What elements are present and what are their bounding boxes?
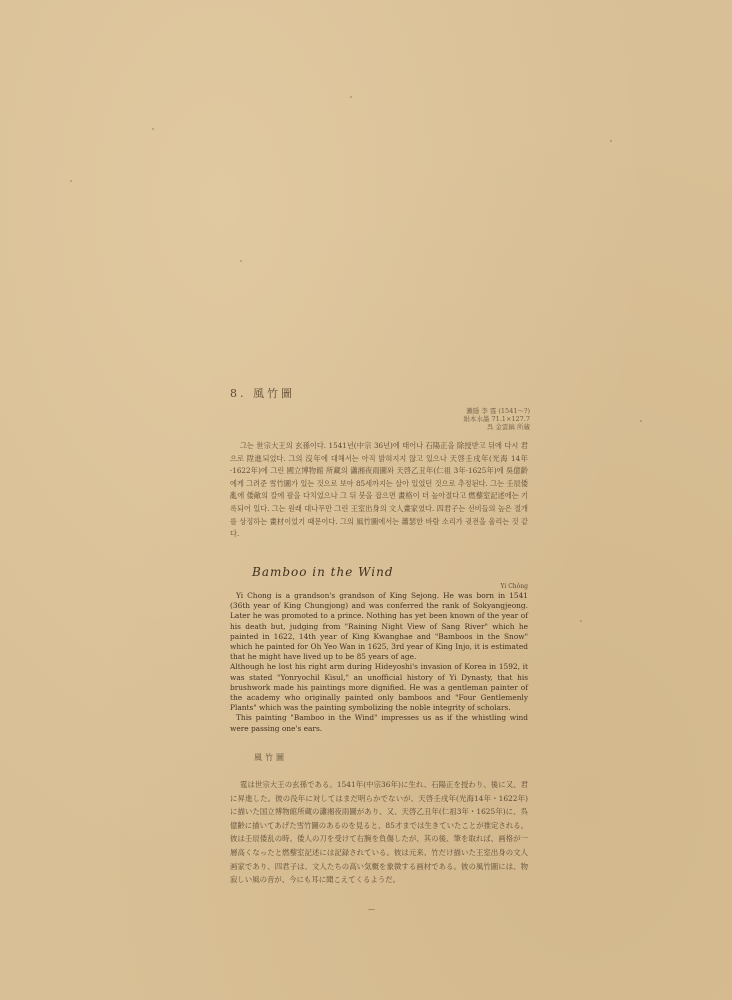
paper-speck (70, 180, 72, 182)
paper-speck (152, 128, 154, 130)
english-author: Yi Chŏng (501, 583, 528, 590)
entry-meta: 灘隱 李 霆 (1541～?) 絹本水墨 71.1×127.7 呉 金雲鎬 所蔵 (440, 407, 530, 431)
english-paragraph: Yi Chong is a grandson's grandson of Kin… (230, 591, 528, 662)
meta-collection: 呉 金雲鎬 所蔵 (440, 423, 530, 431)
paper-speck (640, 420, 642, 422)
paper-speck (580, 620, 582, 622)
page-mark: — (368, 905, 375, 913)
entry-title: 風竹圖 (253, 387, 295, 400)
japanese-title: 風竹圖 (254, 752, 287, 763)
english-paragraph: This painting "Bamboo in the Wind" impre… (230, 713, 528, 733)
korean-description: 그는 世宗大王의 玄孫이다. 1541년(中宗 36년)에 태어나 石陽正을 除… (230, 440, 528, 541)
paper-speck (610, 140, 612, 142)
english-title: Bamboo in the Wind (252, 565, 394, 579)
paper-speck (240, 260, 242, 262)
japanese-description: 霆は世宗大王の玄孫である。1541年(中宗36年)に生れ、石陽正を授わり、後に又… (230, 778, 528, 887)
meta-artist: 灘隱 李 霆 (1541～?) (440, 407, 530, 415)
entry-number: 8. (230, 387, 247, 400)
document-page: 8. 風竹圖 灘隱 李 霆 (1541～?) 絹本水墨 71.1×127.7 呉… (230, 385, 528, 401)
english-paragraph: Although he lost his right arm during Hi… (230, 662, 528, 713)
entry-heading: 8. 風竹圖 (230, 385, 528, 401)
meta-medium: 絹本水墨 71.1×127.7 (440, 415, 530, 423)
paper-speck (350, 96, 352, 98)
english-description: Yi Chong is a grandson's grandson of Kin… (230, 591, 528, 734)
